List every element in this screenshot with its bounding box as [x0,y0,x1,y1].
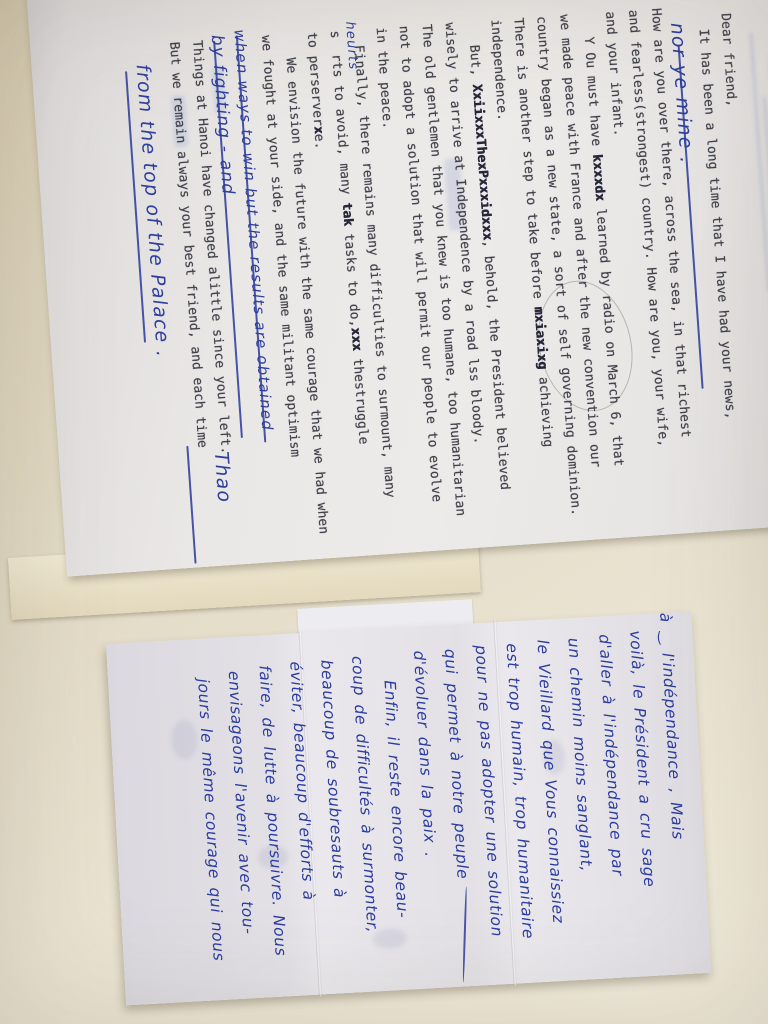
handwritten-note: from the top of the Palace . [133,63,173,358]
handwritten-line: jours le même courage qui nous [193,678,229,962]
handwritten-note: Thao [211,451,235,504]
french-letter-page: à ‿ l'indépendance , Maisvoilà, le Prési… [106,611,711,1005]
handwritten-line: Enfin, il reste encore beau- [379,680,412,919]
handwritten-line: faire, de lutte à poursuivre. Nous [254,665,290,957]
handwritten-note: heurts [339,21,362,71]
ink-bleed [749,32,768,292]
typed-line: to perserverxe. [303,32,327,150]
typed-line: Dear friend, [716,13,739,108]
typed-line: independence. [486,19,509,122]
handwritten-line: qui permet à notre peuple [440,648,473,880]
handwritten-line: d'aller à l'indépendance par [594,634,628,877]
handwritten-line: voilà, le Président a cru sage [625,630,659,888]
handwritten-line: envisageons l'avenir avec tou- [224,670,259,935]
handwritten-line: le Vieillard que Vous connaissiez [532,639,568,924]
handwritten-line: est trop humain, trop humanitaire [502,643,539,940]
flourish-underline [462,886,467,982]
ink-underline [186,446,196,564]
typed-letter-page: Dear friend,It has been a long time that… [26,0,768,577]
typed-line: in the peace. [372,27,395,130]
handwritten-line: coup de difficultés à surmonter, [347,655,382,933]
photo-of-documents: Dear friend,It has been a long time that… [0,0,768,1024]
handwritten-line: un chemin moins sanglant, [563,637,596,872]
pencil-mark [681,0,688,1]
handwritten-line: pour ne pas adopter une solution [471,645,507,938]
handwritten-line: à ‿ l'indépendance , Mais [655,612,688,840]
handwritten-line: éviter, beaucoup d'efforts à [285,661,318,901]
handwritten-line: d'évoluer dans la paix . [409,650,441,858]
ink-bleed [170,719,198,760]
typed-line: and your infant. [601,11,626,137]
handwritten-line: beaucoup de soubresauts à [316,659,349,898]
